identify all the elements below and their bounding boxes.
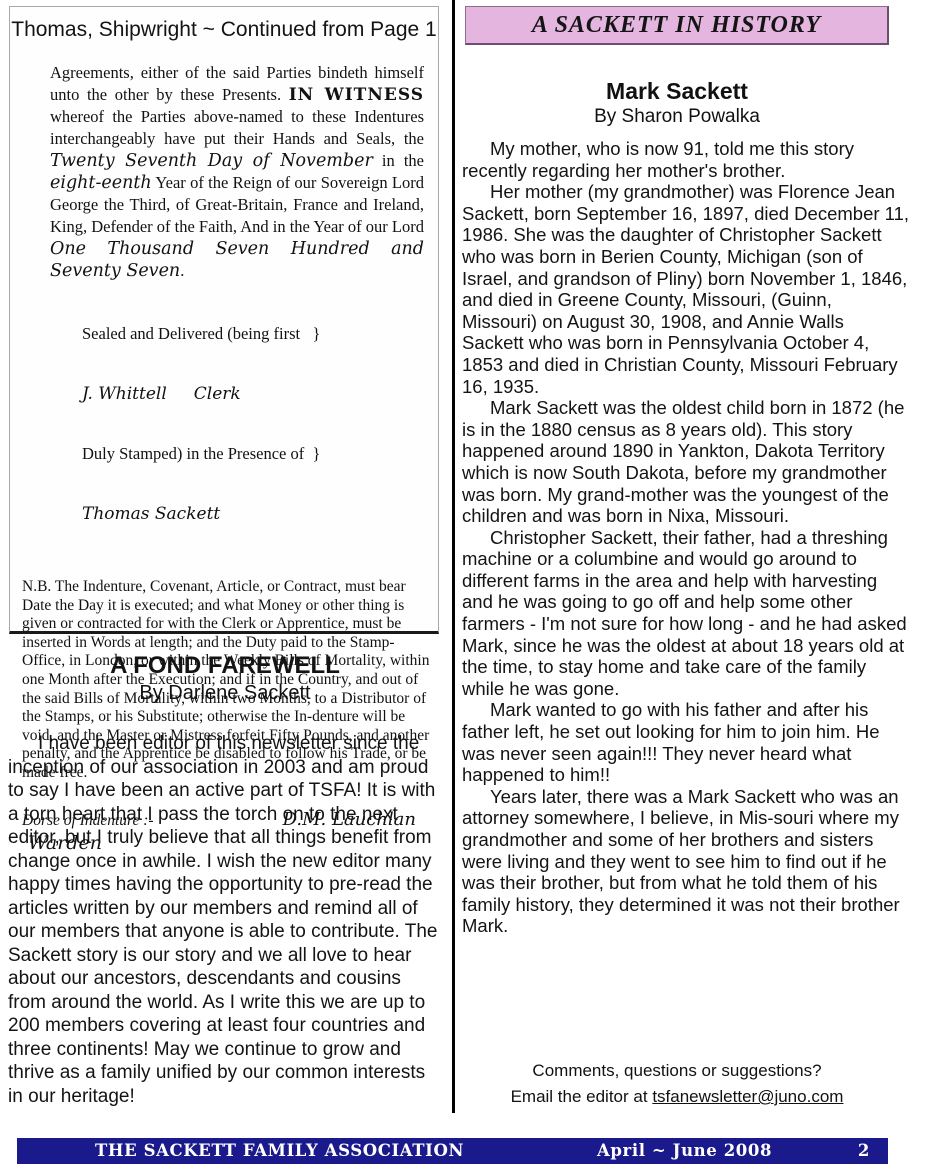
footer-association-name: THE SACKETT FAMILY ASSOCIATION bbox=[95, 1141, 464, 1160]
duly-stamped-line: Duly Stamped) in the Presence of } bbox=[82, 444, 428, 464]
email-prefix: Email the editor at bbox=[511, 1087, 653, 1106]
history-banner-title: A SACKETT IN HISTORY bbox=[532, 12, 821, 39]
continued-article-box: Thomas, Shipwright ~ Continued from Page… bbox=[9, 6, 439, 634]
history-banner: A SACKETT IN HISTORY bbox=[465, 6, 889, 45]
indenture-text-segment: whereof the Parties above-named to these… bbox=[50, 107, 424, 148]
clerk-signature: J. Whittell Clerk bbox=[82, 384, 428, 404]
eighteenth-script-text: eight-eenth bbox=[50, 173, 152, 193]
article-paragraph: Mark wanted to go with his father and af… bbox=[462, 699, 909, 785]
indenture-paragraph: Agreements, either of the said Parties b… bbox=[50, 62, 424, 282]
farewell-byline: By Darlene Sackett bbox=[8, 682, 442, 705]
editor-email-link[interactable]: tsfanewsletter@juno.com bbox=[652, 1087, 843, 1106]
indenture-text-segment: in the bbox=[373, 151, 424, 170]
indenture-text-segment: . bbox=[180, 261, 184, 280]
in-witness-blackletter: IN WITNESS bbox=[289, 85, 424, 105]
article-paragraph: Years later, there was a Mark Sackett wh… bbox=[462, 786, 909, 937]
farewell-section: A FOND FAREWELL By Darlene Sackett I hav… bbox=[8, 652, 442, 1108]
article-paragraph: Her mother (my grandmother) was Florence… bbox=[462, 181, 909, 397]
footer-issue-date: April ~ June 2008 bbox=[597, 1141, 772, 1160]
footer-bar: THE SACKETT FAMILY ASSOCIATION April ~ J… bbox=[17, 1138, 888, 1164]
article-paragraph: Christopher Sackett, their father, had a… bbox=[462, 527, 909, 700]
contact-block: Comments, questions or suggestions? Emai… bbox=[462, 1058, 892, 1110]
newsletter-page: Thomas, Shipwright ~ Continued from Page… bbox=[0, 0, 928, 1165]
contact-question: Comments, questions or suggestions? bbox=[462, 1058, 892, 1084]
article-title: Mark Sackett bbox=[462, 78, 892, 105]
farewell-body-paragraph: I have been editor of this newsletter si… bbox=[8, 732, 442, 1108]
year-script-text: One Thousand Seven Hundred and Seventy S… bbox=[50, 239, 424, 281]
footer-page-number: 2 bbox=[858, 1141, 870, 1160]
contact-email-line: Email the editor at tsfanewsletter@juno.… bbox=[462, 1084, 892, 1110]
article-paragraph: Mark Sackett was the oldest child born i… bbox=[462, 397, 909, 527]
farewell-title: A FOND FAREWELL bbox=[8, 652, 442, 680]
signature-block: Sealed and Delivered (being first } J. W… bbox=[82, 284, 428, 564]
column-divider bbox=[452, 0, 455, 1113]
continued-article-title: Thomas, Shipwright ~ Continued from Page… bbox=[10, 18, 438, 42]
thomas-sackett-signature: Thomas Sackett bbox=[82, 504, 428, 524]
article-paragraph: My mother, who is now 91, told me this s… bbox=[462, 138, 909, 181]
article-body: My mother, who is now 91, told me this s… bbox=[462, 138, 909, 937]
article-byline: By Sharon Powalka bbox=[462, 106, 892, 128]
date-script-text: Twenty Seventh Day of November bbox=[50, 151, 373, 171]
sealed-delivered-line: Sealed and Delivered (being first } bbox=[82, 324, 428, 344]
article-header: Mark Sackett By Sharon Powalka bbox=[462, 78, 892, 128]
